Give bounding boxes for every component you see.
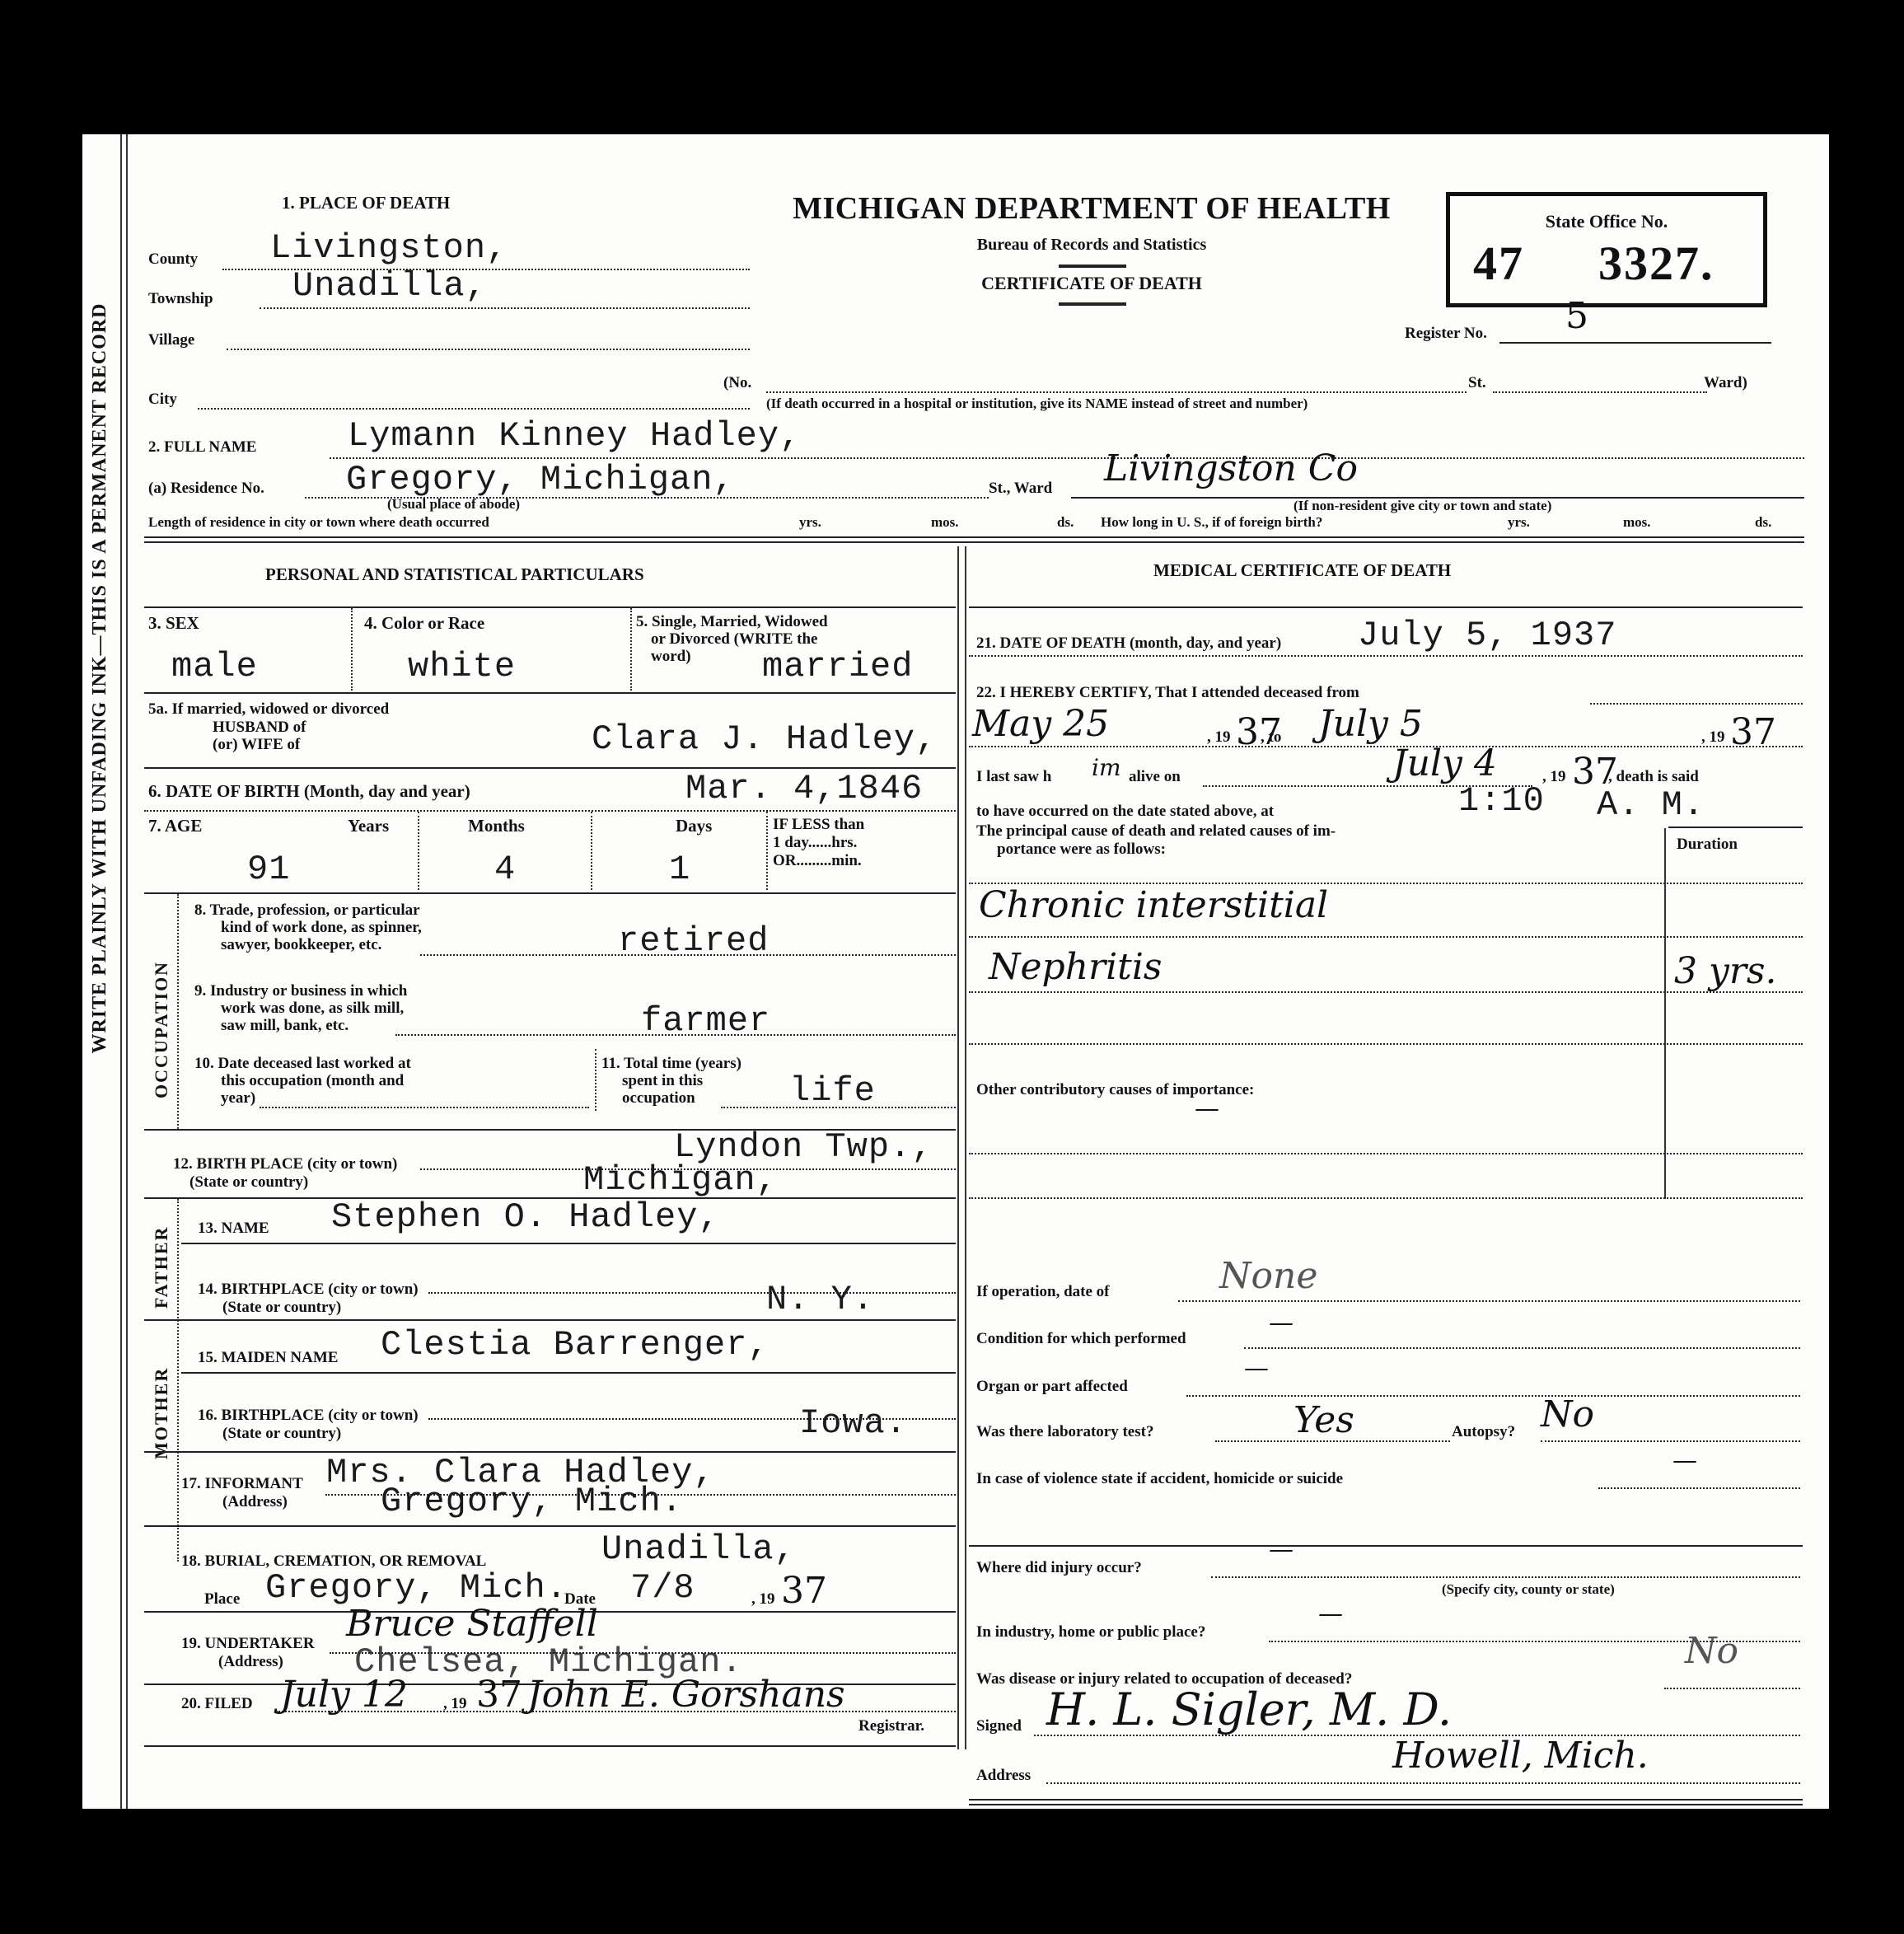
divider: [1059, 302, 1126, 306]
industry-label: saw mill, bank, etc.: [221, 1018, 349, 1034]
years-label: Years: [348, 817, 389, 835]
autopsy-value: No: [1541, 1393, 1594, 1435]
township-label: Township: [148, 291, 213, 307]
birthplace-label: (State or country): [189, 1174, 308, 1191]
margin-rule: [120, 134, 122, 1809]
county-value: Livingston,: [270, 228, 508, 268]
mother-maiden-value: Clestia Barrenger,: [381, 1325, 770, 1365]
filed-label: 20. FILED: [181, 1696, 253, 1712]
column-divider: [957, 546, 959, 1749]
row-rule: [969, 1804, 1803, 1805]
injury-where-value: —: [1269, 1535, 1294, 1564]
permanent-record-note: WRITE PLAINLY WITH UNFADING INK—THIS IS …: [89, 101, 111, 1255]
row-rule: [144, 892, 956, 894]
age-label: 7. AGE: [148, 817, 202, 835]
undertaker-label: 19. UNDERTAKER: [181, 1636, 315, 1652]
state-office-number: 3327.: [1598, 236, 1715, 291]
row-rule: [144, 810, 956, 812]
street-line: [1493, 391, 1707, 393]
foreign-birth-label: How long in U. S., if of foreign birth?: [1101, 515, 1322, 530]
state-office-box: State Office No. 47 3327.: [1446, 192, 1767, 307]
cell-divider: [595, 1049, 596, 1111]
cell-divider: [630, 608, 632, 691]
marital-label: or Divorced (WRITE the: [651, 631, 817, 648]
autopsy-line: [1541, 1440, 1800, 1442]
cause-1: Chronic interstitial: [979, 884, 1328, 926]
industry-place-label: In industry, home or public place?: [976, 1624, 1205, 1641]
village-line: [227, 349, 750, 350]
death-certificate: WRITE PLAINLY WITH UNFADING INK—THIS IS …: [82, 134, 1829, 1809]
occupation-section-label: OCCUPATION: [151, 961, 172, 1098]
attended-to: July 5: [1318, 703, 1423, 745]
street-no-line: [766, 391, 1467, 393]
ward-label: Ward): [1704, 375, 1747, 391]
cell-divider: [418, 812, 419, 890]
medical-heading: MEDICAL CERTIFICATE OF DEATH: [1153, 561, 1451, 579]
mother-maiden-label: 15. MAIDEN NAME: [198, 1350, 338, 1366]
section-rule: [144, 541, 1804, 543]
death-time: 1:10: [1458, 781, 1545, 821]
registrar-label: Registrar.: [858, 1718, 924, 1735]
place-of-death-heading: 1. PLACE OF DEATH: [282, 194, 450, 212]
full-name-value: Lymann Kinney Hadley,: [348, 416, 801, 456]
father-section-label: FATHER: [151, 1226, 172, 1309]
operation-line: [1178, 1300, 1800, 1302]
trade-line: [420, 954, 956, 956]
ds-label: ds.: [1057, 515, 1074, 530]
birthplace-state: Michigan,: [583, 1160, 778, 1200]
operation-label: If operation, date of: [976, 1284, 1109, 1300]
street-no-label: (No.: [723, 375, 751, 391]
occurred-label: to have occurred on the date stated abov…: [976, 803, 1274, 820]
last-saw-pronoun: im: [1092, 754, 1121, 781]
industry-label: work was done, as silk mill,: [221, 1000, 404, 1017]
cell-divider: [591, 812, 592, 890]
section-divider: [177, 1199, 179, 1562]
autopsy-label: Autopsy?: [1452, 1424, 1515, 1440]
less-than-label: OR.........min.: [773, 853, 862, 869]
register-line: [1499, 342, 1771, 344]
village-label: Village: [148, 332, 194, 349]
filed-line: [276, 1711, 956, 1712]
state-office-label: State Office No.: [1450, 211, 1763, 232]
father-birthplace-label: (State or country): [222, 1299, 341, 1316]
registrar-signature: John E. Gorshans: [527, 1674, 845, 1716]
burial-year: 37: [781, 1570, 827, 1612]
cell-divider: [351, 608, 353, 691]
ds-label: ds.: [1755, 515, 1771, 530]
race-label: 4. Color or Race: [364, 614, 484, 632]
total-time-label: occupation: [622, 1090, 695, 1107]
marital-label: 5. Single, Married, Widowed: [636, 614, 828, 630]
cause-line: [969, 991, 1803, 993]
alive-on-label: alive on: [1129, 769, 1181, 785]
state-office-prefix: 47: [1473, 236, 1524, 291]
cause-intro: The principal cause of death and related…: [976, 823, 1336, 840]
row-rule: [969, 1545, 1803, 1547]
last-saw-year-prefix: , 19: [1542, 769, 1566, 785]
violence-value: —: [1672, 1446, 1697, 1475]
from-year-prefix: , 19: [1207, 729, 1231, 746]
personal-heading: PERSONAL AND STATISTICAL PARTICULARS: [265, 565, 644, 583]
trade-label: 8. Trade, profession, or particular: [194, 902, 420, 919]
lab-test-line: [1215, 1440, 1450, 1442]
township-line: [260, 307, 750, 309]
cell-divider: [766, 812, 768, 890]
industry-line: [395, 1034, 956, 1036]
total-time-label: 11. Total time (years): [601, 1056, 741, 1072]
full-name-label: 2. FULL NAME: [148, 439, 256, 456]
age-months-value: 4: [494, 850, 516, 889]
trade-label: kind of work done, as spinner,: [221, 920, 422, 936]
street-label: St.: [1468, 375, 1486, 391]
mother-birthplace-value: Iowa.: [799, 1403, 907, 1443]
attended-line: [969, 746, 1803, 747]
occupation-related-line: [1664, 1688, 1800, 1689]
row-rule: [144, 1319, 956, 1321]
length-residence-label: Length of residence in city or town wher…: [148, 515, 489, 530]
informant-label: 17. INFORMANT: [181, 1476, 303, 1492]
st-ward-value: Livingston Co: [1104, 447, 1358, 489]
months-label: Months: [468, 817, 525, 835]
burial-date-value: 7/8: [630, 1568, 695, 1608]
register-number: 5: [1565, 295, 1588, 337]
nonresident-note: (If non-resident give city or town and s…: [1294, 499, 1551, 513]
mos-label: mos.: [931, 515, 959, 530]
informant-address-label: (Address): [222, 1494, 288, 1510]
physician-signature: H. L. Sigler, M. D.: [1046, 1683, 1452, 1735]
signed-label: Signed: [976, 1718, 1022, 1735]
organ-label: Organ or part affected: [976, 1379, 1128, 1395]
marital-label: word): [651, 649, 691, 665]
sex-label: 3. SEX: [148, 614, 199, 632]
date-of-death-line: [969, 655, 1803, 657]
last-saw-date: July 4: [1392, 742, 1497, 784]
father-name-label: 13. NAME: [198, 1220, 269, 1237]
last-worked-label: this occupation (month and: [221, 1073, 404, 1089]
city-label: City: [148, 391, 177, 408]
injury-where-label: Where did injury occur?: [976, 1560, 1142, 1576]
industry-label: 9. Industry or business in which: [194, 983, 407, 1000]
residence-value: Gregory, Michigan,: [346, 460, 735, 499]
yrs-label: yrs.: [1508, 515, 1530, 530]
row-rule: [969, 1197, 1803, 1199]
total-time-label: spent in this: [622, 1073, 703, 1089]
death-said-label: , death is said: [1608, 769, 1699, 785]
less-than-label: IF LESS than: [773, 817, 864, 833]
condition-label: Condition for which performed: [976, 1331, 1186, 1347]
race-value: white: [408, 647, 516, 686]
full-name-line: [330, 457, 1804, 459]
physician-address: Howell, Mich.: [1392, 1735, 1649, 1777]
filed-date: July 12: [280, 1674, 408, 1716]
yrs-label: yrs.: [799, 515, 821, 530]
last-worked-label: year): [221, 1090, 255, 1107]
organ-value: —: [1244, 1354, 1269, 1383]
section-rule: [144, 536, 1804, 538]
father-birthplace-label: 14. BIRTHPLACE (city or town): [198, 1281, 419, 1298]
row-rule: [144, 1525, 956, 1527]
days-label: Days: [676, 817, 712, 835]
to-label: , to: [1261, 729, 1281, 746]
cause-line: [969, 1043, 1803, 1045]
less-than-label: 1 day......hrs.: [773, 835, 857, 851]
burial-year-prefix: , 19: [751, 1591, 775, 1608]
father-name-line: [181, 1243, 956, 1244]
condition-line: [1244, 1347, 1800, 1349]
attended-from: May 25: [972, 703, 1109, 745]
organ-line: [1186, 1395, 1800, 1397]
birthplace-label: 12. BIRTH PLACE (city or town): [173, 1156, 397, 1173]
undertaker-name: Bruce Staffell: [346, 1603, 598, 1645]
injury-where-line: [1211, 1576, 1800, 1578]
father-birthplace-line: [428, 1292, 956, 1294]
row-rule: [969, 1799, 1803, 1801]
section-divider: [177, 894, 179, 1129]
row-rule: [144, 692, 956, 694]
mother-maiden-line: [181, 1372, 956, 1374]
total-time-value: life: [789, 1071, 876, 1111]
violence-label: In case of violence state if accident, h…: [976, 1471, 1343, 1487]
death-ampm: A. M.: [1597, 785, 1705, 825]
mother-birthplace-label: 16. BIRTHPLACE (city or town): [198, 1407, 419, 1424]
burial-place-label: Place: [204, 1591, 240, 1608]
informant-address: Gregory, Mich.: [381, 1482, 683, 1521]
cause-line: [969, 1153, 1803, 1154]
spouse-label: HUSBAND of: [213, 719, 306, 736]
certify-line: [1590, 703, 1803, 705]
st-ward-label: St., Ward: [989, 480, 1052, 497]
dob-label: 6. DATE OF BIRTH (Month, day and year): [148, 782, 470, 800]
filed-year-prefix: , 19: [443, 1696, 467, 1712]
undertaker-address-label: (Address): [218, 1654, 283, 1670]
cause-line: [969, 936, 1803, 938]
informant-line: [325, 1494, 956, 1496]
hospital-note: (If death occurred in a hospital or inst…: [766, 396, 1308, 411]
row-rule: [969, 606, 1803, 608]
father-name-value: Stephen O. Hadley,: [331, 1197, 720, 1237]
register-label: Register No.: [1405, 325, 1487, 342]
trade-label: sawyer, bookkeeper, etc.: [221, 937, 381, 953]
burial-place-value: Gregory, Mich.: [265, 1568, 568, 1608]
column-divider: [965, 546, 966, 1749]
mother-birthplace-label: (State or country): [222, 1426, 341, 1442]
date-of-death-label: 21. DATE OF DEATH (month, day, and year): [976, 635, 1281, 652]
to-year-prefix: , 19: [1701, 729, 1725, 746]
abode-note: (Usual place of abode): [387, 497, 520, 512]
industry-place-value: —: [1318, 1599, 1343, 1628]
spouse-label: 5a. If married, widowed or divorced: [148, 701, 389, 718]
father-birthplace-value: N. Y.: [766, 1280, 874, 1319]
bureau-subtitle: Bureau of Records and Statistics: [737, 236, 1446, 255]
cause-intro: portance were as follows:: [997, 841, 1166, 858]
dob-value: Mar. 4,1846: [685, 769, 923, 808]
duration-rule: [1668, 827, 1803, 828]
burial-value: Unadilla,: [601, 1529, 796, 1569]
form-name: CERTIFICATE OF DEATH: [737, 273, 1446, 294]
burial-label: 18. BURIAL, CREMATION, OR REMOVAL: [181, 1553, 486, 1570]
operation-value: None: [1219, 1255, 1317, 1297]
lab-test-label: Was there laboratory test?: [976, 1424, 1153, 1440]
mos-label: mos.: [1623, 515, 1651, 530]
duration-label: Duration: [1677, 836, 1738, 853]
undertaker-line: [330, 1652, 956, 1654]
spouse-label: (or) WIFE of: [213, 737, 300, 753]
specify-note: (Specify city, county or state): [1442, 1582, 1615, 1597]
sex-value: male: [171, 647, 258, 686]
date-of-death-value: July 5, 1937: [1358, 616, 1616, 655]
cause-2-duration: 3 yrs.: [1674, 950, 1776, 992]
condition-value: —: [1269, 1309, 1294, 1337]
spouse-value: Clara J. Hadley,: [592, 719, 937, 759]
last-worked-label: 10. Date deceased last worked at: [194, 1056, 411, 1072]
mother-section-label: MOTHER: [151, 1367, 172, 1459]
violence-line: [1598, 1487, 1800, 1489]
row-rule: [144, 606, 956, 608]
mother-birthplace-line: [428, 1418, 956, 1420]
last-worked-line: [260, 1107, 589, 1108]
residence-label: (a) Residence No.: [148, 480, 264, 497]
city-line: [198, 408, 750, 410]
row-rule: [144, 1745, 956, 1747]
other-causes-value: —: [1195, 1094, 1219, 1123]
age-years-value: 91: [247, 850, 290, 889]
total-time-line: [721, 1107, 956, 1108]
age-days-value: 1: [669, 850, 690, 889]
address-line: [1046, 1782, 1800, 1784]
certify-label: 22. I HEREBY CERTIFY, That I attended de…: [976, 685, 1359, 701]
occupation-related-value: No: [1685, 1630, 1738, 1672]
department-title: MICHIGAN DEPARTMENT OF HEALTH: [737, 190, 1446, 227]
divider: [1059, 265, 1126, 268]
birthplace-line: [420, 1168, 956, 1170]
lab-test-value: Yes: [1294, 1399, 1354, 1441]
last-saw-label: I last saw h: [976, 769, 1051, 785]
filed-year: 37: [476, 1674, 522, 1716]
township-value: Unadilla,: [292, 266, 487, 306]
margin-rule: [126, 134, 128, 1809]
marital-value: married: [762, 647, 913, 686]
physician-address-label: Address: [976, 1768, 1031, 1784]
county-label: County: [148, 251, 198, 268]
cause-2: Nephritis: [989, 946, 1162, 988]
